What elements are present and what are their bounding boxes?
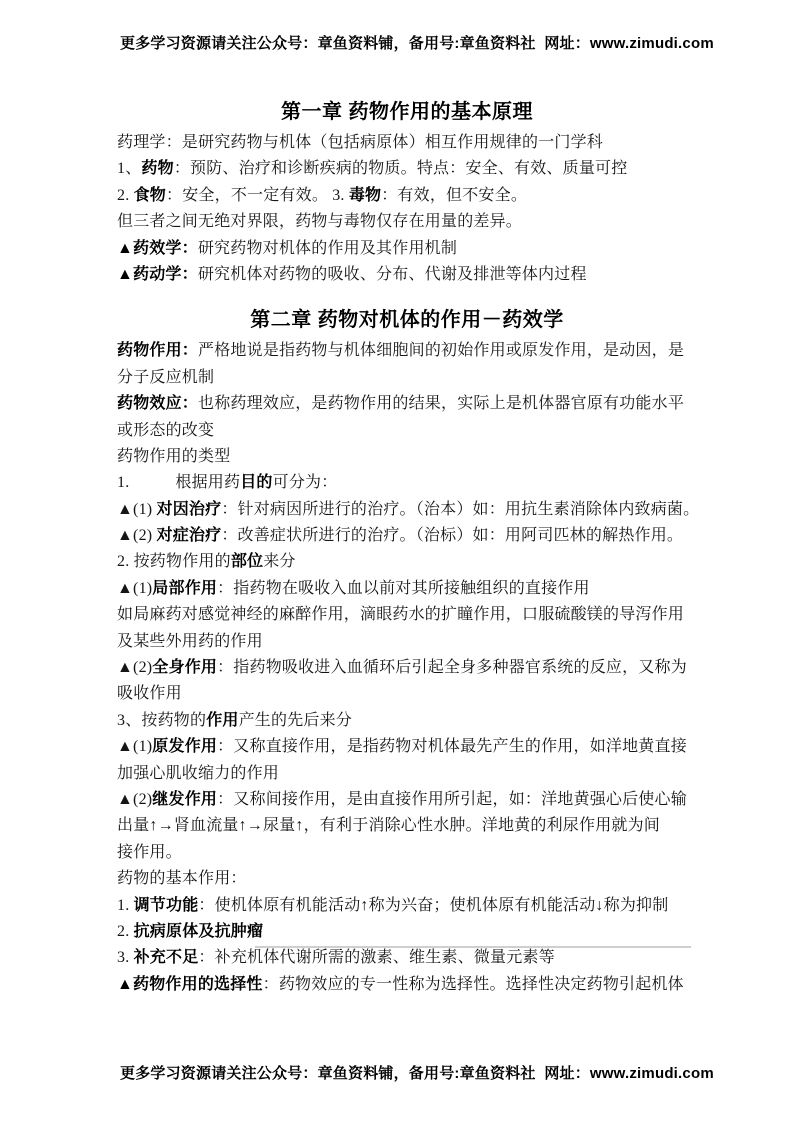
text-span: 如局麻药对感觉神经的麻醉作用，滴眼药水的扩瞳作用，口服硫酸镁的导泻作用 bbox=[117, 606, 684, 623]
text-span: ：使机体原有机能活动↑称为兴奋；使机体原有机能活动↓称为抑制 bbox=[198, 897, 668, 914]
text-line: 加强心肌收缩力的作用 bbox=[117, 761, 697, 787]
text-line: 药物作用：严格地说是指药物与机体细胞间的初始作用或原发作用，是动因，是 bbox=[117, 338, 697, 364]
document-page: 更多学习资源请关注公众号：章鱼资料铺，备用号:章鱼资料社 网址：www.zimu… bbox=[0, 0, 793, 1122]
bold-term: 继发作用 bbox=[152, 791, 217, 808]
text-span: 研究药物对机体的作用及其作用机制 bbox=[198, 240, 457, 257]
text-span: ▲(1) bbox=[117, 738, 152, 755]
text-span: ▲(1) bbox=[117, 501, 157, 518]
bold-term: ▲药物作用的选择性 bbox=[117, 976, 263, 993]
text-span: 1、 bbox=[117, 160, 141, 177]
bold-term: 目的 bbox=[240, 474, 272, 491]
page-footer: 更多学习资源请关注公众号：章鱼资料铺，备用号:章鱼资料社 网址：www.zimu… bbox=[120, 1062, 714, 1083]
text-line: 接作用。 bbox=[117, 840, 697, 866]
text-line: 分子反应机制 bbox=[117, 365, 697, 391]
text-span: ▲(2) bbox=[117, 527, 157, 544]
text-line: 2. 抗病原体及抗肿瘤 bbox=[117, 919, 697, 945]
text-line: ▲(1)局部作用：指药物在吸收入血以前对其所接触组织的直接作用 bbox=[117, 576, 697, 602]
text-line: 3. 补充不足：补充机体代谢所需的激素、维生素、微量元素等 bbox=[117, 945, 697, 971]
text-line: 但三者之间无绝对界限，药物与毒物仅存在用量的差异。 bbox=[117, 209, 697, 235]
text-span: 严格地说是指药物与机体细胞间的初始作用或原发作用，是动因，是 bbox=[198, 342, 684, 359]
text-span: ：又称直接作用，是指药物对机体最先产生的作用，如洋地黄直接 bbox=[217, 738, 687, 755]
text-span: 根据用药 bbox=[175, 474, 240, 491]
text-span: 1. bbox=[117, 897, 134, 914]
text-span: ▲(2) bbox=[117, 791, 152, 808]
text-span: ：又称间接作用，是由直接作用所引起，如：洋地黄强心后使心输 bbox=[217, 791, 687, 808]
text-line: 及某些外用药的作用 bbox=[117, 629, 697, 655]
text-line: 如局麻药对感觉神经的麻醉作用，滴眼药水的扩瞳作用，口服硫酸镁的导泻作用 bbox=[117, 602, 697, 628]
text-span: 2. bbox=[117, 923, 134, 940]
text-span: 药物的基本作用： bbox=[117, 870, 247, 887]
text-line: 1. 调节功能：使机体原有机能活动↑称为兴奋；使机体原有机能活动↓称为抑制 bbox=[117, 893, 697, 919]
text-span: 加强心肌收缩力的作用 bbox=[117, 765, 279, 782]
text-span: 药理学：是研究药物与机体（包括病原体）相互作用规律的一门学科 bbox=[117, 134, 603, 151]
text-line: 出量↑→肾血流量↑→尿量↑，有利于消除心性水肿。洋地黄的利尿作用就为间 bbox=[117, 813, 697, 839]
text-line: ▲(1) 对因治疗：针对病因所进行的治疗。（治本）如：用抗生素消除体内致病菌。 bbox=[117, 497, 697, 523]
bold-term: 对因治疗 bbox=[157, 501, 222, 518]
text-line: ▲(1)原发作用：又称直接作用，是指药物对机体最先产生的作用，如洋地黄直接 bbox=[117, 734, 697, 760]
chapter-title: 第一章 药物作用的基本原理 bbox=[117, 97, 697, 127]
text-span: ：药物效应的专一性称为选择性。选择性决定药物引起机体 bbox=[263, 976, 684, 993]
text-line: 药物的基本作用： bbox=[117, 866, 697, 892]
bold-term: 抗病原体及抗肿瘤 bbox=[134, 923, 264, 940]
text-span: 来分 bbox=[263, 553, 295, 570]
text-span: 也称药理效应，是药物作用的结果，实际上是机体器官原有功能水平 bbox=[198, 395, 684, 412]
text-span: ：针对病因所进行的治疗。（治本）如：用抗生素消除体内致病菌。 bbox=[221, 501, 699, 518]
text-span: 出量↑→肾血流量↑→尿量↑，有利于消除心性水肿。洋地黄的利尿作用就为间 bbox=[117, 817, 660, 834]
text-span: 1. bbox=[117, 474, 129, 491]
text-line: ▲药效学：研究药物对机体的作用及其作用机制 bbox=[117, 236, 697, 262]
text-span: 可分为： bbox=[273, 474, 338, 491]
text-line: 1.根据用药目的可分为： bbox=[117, 470, 697, 496]
text-span: ：补充机体代谢所需的激素、维生素、微量元素等 bbox=[198, 949, 554, 966]
text-span: 2. bbox=[117, 187, 134, 204]
bold-term: 作用 bbox=[206, 712, 238, 729]
text-span: 产生的先后来分 bbox=[239, 712, 352, 729]
bold-term: 药物 bbox=[141, 160, 173, 177]
bold-term: 全身作用 bbox=[152, 659, 217, 676]
bold-term: 药物效应： bbox=[117, 395, 198, 412]
bold-term: ▲药效学： bbox=[117, 240, 198, 257]
document-content: 第一章 药物作用的基本原理药理学：是研究药物与机体（包括病原体）相互作用规律的一… bbox=[117, 97, 697, 998]
bold-term: ▲药动学： bbox=[117, 266, 198, 283]
text-span: 研究机体对药物的吸收、分布、代谢及排泄等体内过程 bbox=[198, 266, 587, 283]
text-span: ▲(1) bbox=[117, 580, 152, 597]
text-span: 药物作用的类型 bbox=[117, 448, 230, 465]
bold-term: 原发作用 bbox=[152, 738, 217, 755]
bold-term: 食物 bbox=[134, 187, 166, 204]
bold-term: 局部作用 bbox=[152, 580, 217, 597]
text-line: ▲药物作用的选择性：药物效应的专一性称为选择性。选择性决定药物引起机体 bbox=[117, 972, 697, 998]
text-line: 3、按药物的作用产生的先后来分 bbox=[117, 708, 697, 734]
text-line: ▲(2)继发作用：又称间接作用，是由直接作用所引起，如：洋地黄强心后使心输 bbox=[117, 787, 697, 813]
bold-term: 部位 bbox=[231, 553, 263, 570]
text-span: ▲(2) bbox=[117, 659, 152, 676]
bold-term: 补充不足 bbox=[134, 949, 199, 966]
chapter-title: 第二章 药物对机体的作用－药效学 bbox=[117, 305, 697, 335]
text-span: ：有效，但不安全。 bbox=[381, 187, 527, 204]
page-header: 更多学习资源请关注公众号：章鱼资料铺，备用号:章鱼资料社 网址：www.zimu… bbox=[120, 32, 714, 53]
text-span: 3. bbox=[117, 949, 134, 966]
text-line: 或形态的改变 bbox=[117, 418, 697, 444]
bold-term: 毒物 bbox=[349, 187, 381, 204]
text-line: ▲(2)全身作用：指药物吸收进入血循环后引起全身多种器官系统的反应，又称为 bbox=[117, 655, 697, 681]
text-span: 分子反应机制 bbox=[117, 369, 214, 386]
bold-term: 药物作用： bbox=[117, 342, 198, 359]
bold-term: 调节功能 bbox=[134, 897, 199, 914]
text-span: ：指药物在吸收入血以前对其所接触组织的直接作用 bbox=[217, 580, 590, 597]
text-line: ▲药动学：研究机体对药物的吸收、分布、代谢及排泄等体内过程 bbox=[117, 262, 697, 288]
text-line: 吸收作用 bbox=[117, 681, 697, 707]
text-line: 1、药物：预防、治疗和诊断疾病的物质。特点：安全、有效、质量可控 bbox=[117, 156, 697, 182]
text-span: 3、按药物的 bbox=[117, 712, 206, 729]
text-span: ：指药物吸收进入血循环后引起全身多种器官系统的反应，又称为 bbox=[217, 659, 687, 676]
text-span: ：改善症状所进行的治疗。（治标）如：用阿司匹林的解热作用。 bbox=[221, 527, 683, 544]
text-line: 2. 食物：安全，不一定有效。 3. 毒物：有效，但不安全。 bbox=[117, 183, 697, 209]
text-line: 药物作用的类型 bbox=[117, 444, 697, 470]
text-span: 吸收作用 bbox=[117, 685, 182, 702]
bold-term: 对症治疗 bbox=[157, 527, 222, 544]
text-span: 接作用。 bbox=[117, 844, 182, 861]
text-span: 但三者之间无绝对界限，药物与毒物仅存在用量的差异。 bbox=[117, 213, 522, 230]
text-line: 2. 按药物作用的部位来分 bbox=[117, 549, 697, 575]
text-span: 或形态的改变 bbox=[117, 422, 214, 439]
text-span: 及某些外用药的作用 bbox=[117, 633, 263, 650]
text-line: 药物效应：也称药理效应，是药物作用的结果，实际上是机体器官原有功能水平 bbox=[117, 391, 697, 417]
scan-artifact-line bbox=[255, 946, 691, 948]
text-span: 2. 按药物作用的 bbox=[117, 553, 231, 570]
text-line: ▲(2) 对症治疗：改善症状所进行的治疗。（治标）如：用阿司匹林的解热作用。 bbox=[117, 523, 697, 549]
text-span: ：预防、治疗和诊断疾病的物质。特点：安全、有效、质量可控 bbox=[174, 160, 628, 177]
text-line: 药理学：是研究药物与机体（包括病原体）相互作用规律的一门学科 bbox=[117, 130, 697, 156]
text-span: ：安全，不一定有效。 3. bbox=[166, 187, 349, 204]
